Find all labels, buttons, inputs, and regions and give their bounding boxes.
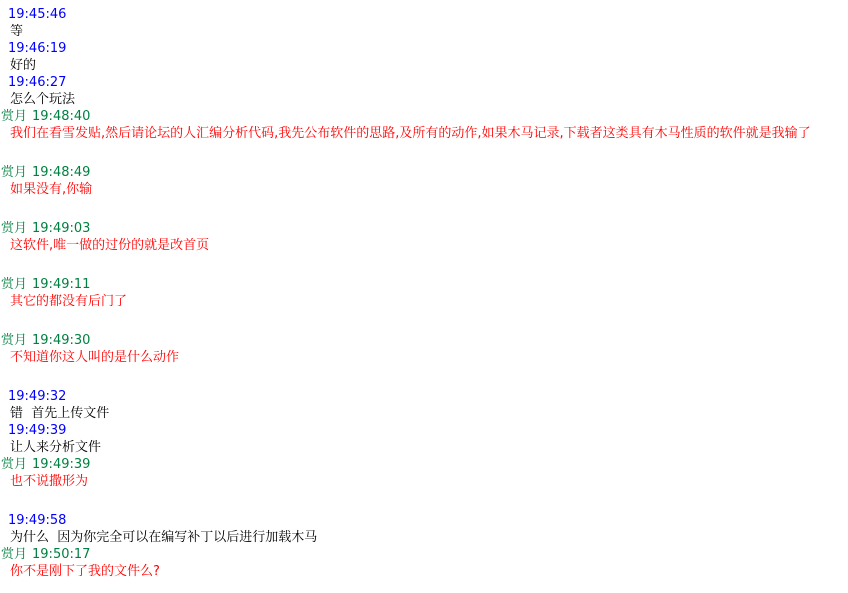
message-text: 不知道你这人叫的是什么动作 [0, 349, 848, 366]
sender-name: 赏月 [1, 221, 27, 236]
message-text: 好的 [0, 57, 848, 74]
sender-header: 赏月19:48:40 [0, 108, 848, 125]
timestamp: 19:49:39 [32, 457, 90, 472]
message-text: 等 [0, 23, 848, 40]
timestamp: 19:46:27 [0, 74, 848, 91]
message-text: 也不说撒形为 [0, 473, 848, 490]
sender-name: 赏月 [1, 547, 27, 562]
timestamp: 19:49:11 [32, 277, 90, 292]
sender-name: 赏月 [1, 333, 27, 348]
message-text: 怎么个玩法 [0, 91, 848, 108]
timestamp: 19:48:40 [32, 109, 90, 124]
timestamp: 19:49:32 [0, 388, 848, 405]
chat-entry-peer: 赏月19:48:49如果没有,你输 [0, 164, 848, 198]
message-text: 你不是刚下了我的文件么? [0, 563, 848, 580]
timestamp: 19:46:19 [0, 40, 848, 57]
chat-entry-peer: 赏月19:48:40我们在看雪发贴,然后请论坛的人汇编分析代码,我先公布软件的思… [0, 108, 848, 142]
chat-entry-self: 19:49:39让人来分析文件 [0, 422, 848, 456]
chat-entry-peer: 赏月19:49:30不知道你这人叫的是什么动作 [0, 332, 848, 366]
chat-entry-self: 19:46:19好的 [0, 40, 848, 74]
chat-entry-peer: 赏月19:49:11其它的都没有后门了 [0, 276, 848, 310]
sender-name: 赏月 [1, 109, 27, 124]
chat-entry-self: 19:45:46等 [0, 6, 848, 40]
message-text: 错 首先上传文件 [0, 405, 848, 422]
chat-entry-peer: 赏月19:49:39也不说撒形为 [0, 456, 848, 490]
chat-log: 19:45:46等19:46:19好的19:46:27怎么个玩法赏月19:48:… [0, 0, 848, 593]
chat-entry-peer: 赏月19:49:03这软件,唯一做的过份的就是改首页 [0, 220, 848, 254]
timestamp: 19:48:49 [32, 165, 90, 180]
sender-header: 赏月19:50:17 [0, 546, 848, 563]
message-text: 这软件,唯一做的过份的就是改首页 [0, 237, 848, 254]
sender-name: 赏月 [1, 457, 27, 472]
sender-name: 赏月 [1, 165, 27, 180]
timestamp: 19:49:03 [32, 221, 90, 236]
sender-header: 赏月19:49:11 [0, 276, 848, 293]
timestamp: 19:49:58 [0, 512, 848, 529]
chat-entry-self: 19:46:27怎么个玩法 [0, 74, 848, 108]
chat-entry-self: 19:49:58为什么 因为你完全可以在编写补丁以后进行加载木马 [0, 512, 848, 546]
sender-name: 赏月 [1, 277, 27, 292]
chat-entry-peer: 赏月19:50:17你不是刚下了我的文件么? [0, 546, 848, 580]
message-text: 我们在看雪发贴,然后请论坛的人汇编分析代码,我先公布软件的思路,及所有的动作,如… [0, 125, 848, 142]
sender-header: 赏月19:49:39 [0, 456, 848, 473]
sender-header: 赏月19:49:03 [0, 220, 848, 237]
timestamp: 19:49:30 [32, 333, 90, 348]
sender-header: 赏月19:49:30 [0, 332, 848, 349]
chat-entry-self: 19:49:32错 首先上传文件 [0, 388, 848, 422]
timestamp: 19:49:39 [0, 422, 848, 439]
sender-header: 赏月19:48:49 [0, 164, 848, 181]
message-text: 其它的都没有后门了 [0, 293, 848, 310]
timestamp: 19:50:17 [32, 547, 90, 562]
message-text: 为什么 因为你完全可以在编写补丁以后进行加载木马 [0, 529, 848, 546]
message-text: 如果没有,你输 [0, 181, 848, 198]
message-text: 让人来分析文件 [0, 439, 848, 456]
timestamp: 19:45:46 [0, 6, 848, 23]
